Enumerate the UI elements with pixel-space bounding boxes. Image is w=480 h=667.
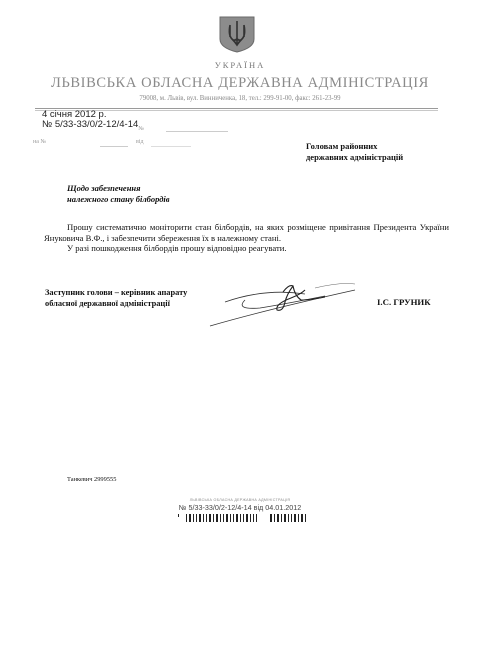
organization-name: ЛЬВІВСЬКА ОБЛАСНА ДЕРЖАВНА АДМІНІСТРАЦІЯ xyxy=(0,75,480,92)
stamp-organization: ЛЬВІВСЬКА ОБЛАСНА ДЕРЖАВНА АДМІНІСТРАЦІЯ xyxy=(0,498,480,502)
body-paragraph: У разі пошкодження білбордів прошу відпо… xyxy=(44,243,449,254)
handwritten-signature-icon xyxy=(205,280,365,330)
country-name: УКРАЇНА xyxy=(0,60,480,70)
recipient-line-1: Головам районних xyxy=(306,141,403,152)
organization-address: 79008, м. Львів, вул. Винниченка, 18, те… xyxy=(0,95,480,102)
subject-line-2: належного стану білбордів xyxy=(67,194,170,205)
reference-number-line xyxy=(100,146,128,147)
signatory-title-line-1: Заступник голови – керівник апарату xyxy=(45,287,187,298)
outgoing-number-label: № xyxy=(138,126,144,132)
reference-date-line xyxy=(151,146,191,147)
subject-block: Щодо забезпечення належного стану білбор… xyxy=(67,183,170,205)
barcode-icon xyxy=(178,514,308,522)
signatory-name: І.С. ГРУНИК xyxy=(377,297,431,307)
outgoing-number: № 5/33-33/0/2-12/4-14№ xyxy=(42,119,144,132)
executor-contact: Танкевич 2999555 xyxy=(67,476,116,483)
recipient-block: Головам районних державних адміністрацій xyxy=(306,141,403,163)
reference-number-label: на № xyxy=(33,139,46,145)
signatory-title-line-2: обласної державної адміністрації xyxy=(45,298,187,309)
letter-body: Прошу систематично моніторити стан білбо… xyxy=(44,222,449,254)
coat-of-arms-icon xyxy=(218,15,256,53)
subject-line-1: Щодо забезпечення xyxy=(67,183,170,194)
signatory-title: Заступник голови – керівник апарату обла… xyxy=(45,287,187,309)
stamp-registration-number: № 5/33-33/0/2-12/4-14 від 04.01.2012 xyxy=(0,503,480,512)
outgoing-number-line xyxy=(166,131,228,132)
body-paragraph: Прошу систематично моніторити стан білбо… xyxy=(44,222,449,243)
outgoing-number-value: № 5/33-33/0/2-12/4-14 xyxy=(42,119,138,130)
reference-date-label: від xyxy=(136,139,144,145)
recipient-line-2: державних адміністрацій xyxy=(306,152,403,163)
